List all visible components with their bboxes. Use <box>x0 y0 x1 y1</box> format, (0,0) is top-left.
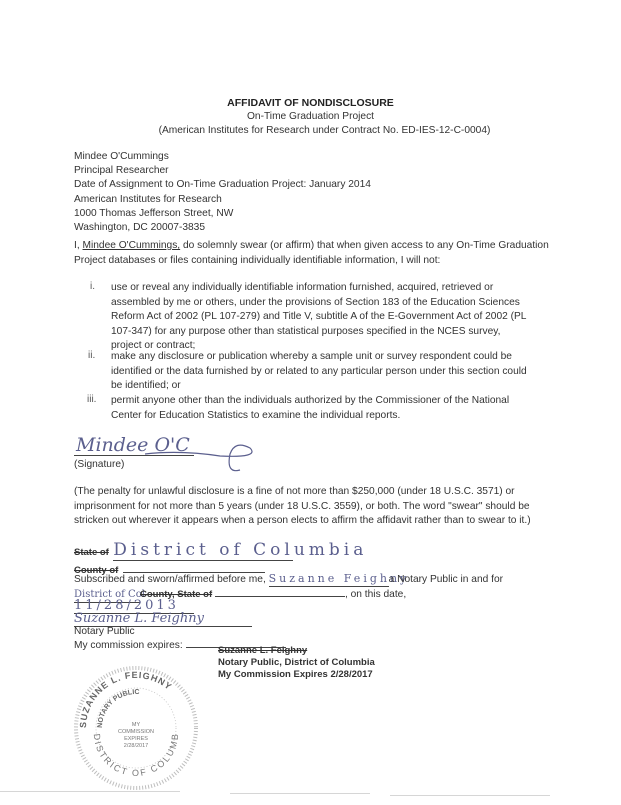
list-item: use or reveal any individually identifia… <box>111 281 531 354</box>
list-item: permit anyone other than the individuals… <box>111 394 531 423</box>
svg-text:EXPIRES: EXPIRES <box>124 736 148 742</box>
county-state-blank <box>215 586 345 597</box>
oath-paragraph: I, Mindee O'Cummings, do solemnly swear … <box>74 239 554 268</box>
state-label: State of <box>74 547 109 558</box>
address-block: Mindee O'Cummings Principal Researcher D… <box>74 150 371 235</box>
state-line: State of District of Columbia <box>74 540 293 561</box>
notary-seal-icon: SUZANNE L. FEIGHNY DISTRICT OF COLUMBIA … <box>72 664 200 792</box>
person-name: Mindee O'Cummings <box>74 150 371 164</box>
organization: American Institutes for Research <box>74 193 371 207</box>
signature-label: (Signature) <box>74 458 124 472</box>
stamp-line2: Notary Public, District of Columbia <box>218 657 375 669</box>
signature-flourish <box>140 440 260 476</box>
svg-text:2/28/2017: 2/28/2017 <box>124 743 148 749</box>
subscribed-line: Subscribed and sworn/affirmed before me,… <box>74 572 503 587</box>
svg-text:SUZANNE L. FEIGHNY: SUZANNE L. FEIGHNY <box>78 670 174 728</box>
state-value: District of Columbia <box>113 540 293 561</box>
svg-text:MY: MY <box>132 722 141 728</box>
notary-stamp: Suzanne L. Feighny Notary Public, Distri… <box>218 645 375 681</box>
person-title: Principal Researcher <box>74 164 371 178</box>
list-number: i. <box>90 281 95 292</box>
signature-line <box>74 455 194 456</box>
stamp-line3: My Commission Expires 2/28/2017 <box>218 669 375 681</box>
city-address: Washington, DC 20007-3835 <box>74 221 371 235</box>
notary-name-handwritten: Suzanne Feighny <box>269 572 389 587</box>
stamp-name: Suzanne L. Feighny <box>218 645 375 657</box>
street-address: 1000 Thomas Jefferson Street, NW <box>74 207 371 221</box>
list-number: iii. <box>87 394 96 405</box>
list-item: make any disclosure or publication where… <box>111 350 531 394</box>
contract-line: (American Institutes for Research under … <box>14 124 621 138</box>
scan-artifact <box>390 795 550 796</box>
scan-artifact <box>0 791 180 792</box>
affidavit-page: AFFIDAVIT OF NONDISCLOSURE On-Time Gradu… <box>0 0 621 805</box>
project-name: On-Time Graduation Project <box>0 110 621 124</box>
document-title: AFFIDAVIT OF NONDISCLOSURE <box>0 97 621 109</box>
list-number: ii. <box>88 350 95 361</box>
assignment-date: Date of Assignment to On-Time Graduation… <box>74 178 371 192</box>
penalty-paragraph: (The penalty for unlawful disclosure is … <box>74 485 564 529</box>
oath-name: Mindee O'Cummings, <box>83 240 181 251</box>
scan-artifact <box>230 793 370 794</box>
notary-public-label: Notary Public <box>74 625 135 639</box>
svg-text:COMMISSION: COMMISSION <box>118 729 154 735</box>
